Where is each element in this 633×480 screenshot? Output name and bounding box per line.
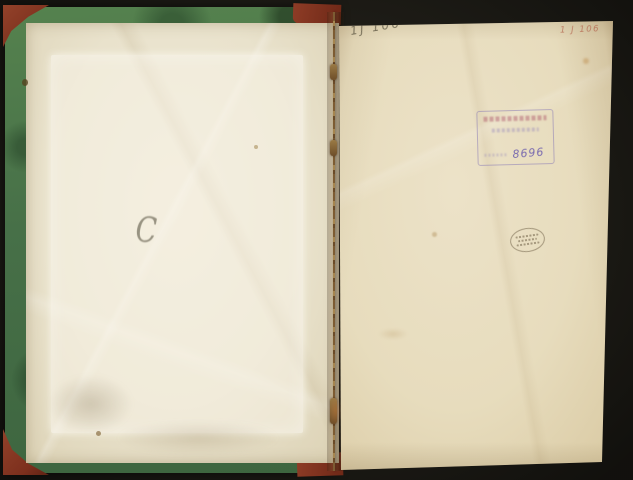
endpaper-stain	[48, 375, 133, 433]
stamp-number: 8696	[512, 145, 545, 160]
book-cover-left: C	[5, 7, 339, 473]
archive-stamp: 8696	[476, 109, 554, 166]
endpaper: C	[26, 23, 339, 463]
stitch-knot	[330, 64, 337, 80]
ink-speck	[96, 431, 101, 436]
stitch-knot	[330, 140, 337, 156]
ink-speck	[22, 79, 28, 86]
red-call-number: 1 J 106	[560, 24, 600, 35]
stamp-text-line	[483, 115, 546, 122]
oval-stamp-text-line	[517, 241, 540, 246]
stamp-text-line	[492, 127, 539, 132]
page-stain	[583, 58, 589, 64]
cover-mark-c: C	[135, 210, 164, 256]
oval-stamp	[509, 226, 547, 255]
page-stain	[432, 232, 437, 237]
book-page-right: 1J 106 1 J 106 8696	[336, 14, 617, 472]
scan-background: C 1J 106 1 J 106 8696	[0, 0, 633, 480]
gutter-stain	[329, 396, 342, 426]
page-stain	[378, 328, 408, 340]
pencil-call-number: 1J 106	[349, 16, 402, 38]
stamp-text-line	[484, 153, 506, 157]
ink-speck	[254, 145, 258, 149]
endpaper-stain	[118, 421, 278, 455]
